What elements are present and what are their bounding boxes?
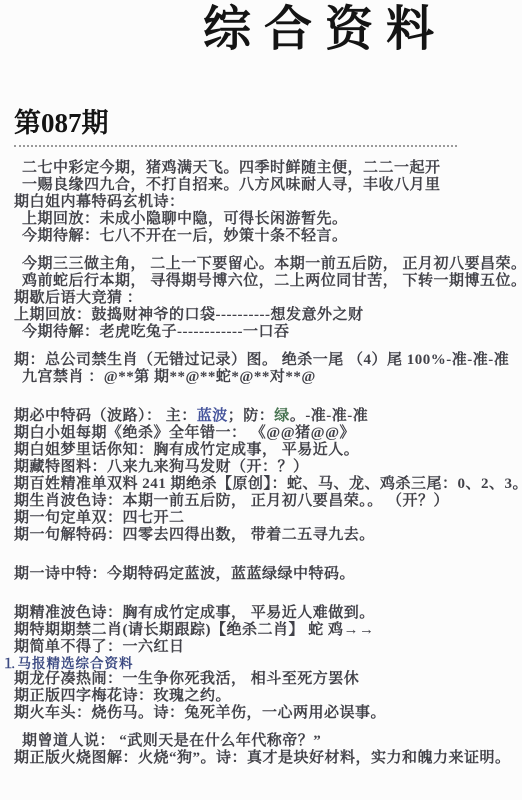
blank-line	[14, 555, 522, 566]
page-title: 综合资料	[203, 4, 522, 57]
text-line: 期一句定单双：四七开二	[14, 510, 522, 527]
text-line: 鸡前蛇后行本期， 寻得期号博六位，二上两位同甘苦， 下转一期博五位。	[14, 273, 522, 290]
blank-line	[14, 594, 522, 605]
text-line: 期一诗中特：今期特码定蓝波，蓝蓝绿绿中特码。	[14, 566, 522, 583]
text-line: 期曾道人说： “武则天是在什么年代称帝？”	[14, 733, 522, 750]
text-line: 期白小姐每期《绝杀》全年错一： 《@@猪@@》	[14, 425, 522, 442]
line-part: ；防：	[228, 408, 275, 424]
text-line: 期：总公司禁生肖（无错过记录）图。 绝杀一尾 （4）尾 100%-准-准-准	[14, 352, 522, 369]
text-line: 二七中彩定今期，猪鸡满天飞。四季时鲜随主便，二二一起开	[14, 160, 522, 177]
text-line: 一赐良缘四九合，不打自招来。八方风味耐人寻，丰收八月里	[14, 177, 522, 194]
content-lines: 二七中彩定今期，猪鸡满天飞。四季时鲜随主便，二二一起开一赐良缘四九合，不打自招来…	[14, 160, 522, 767]
text-line: 上期回放：未成小隐聊中隐，可得长闲游暂先。	[14, 211, 522, 228]
document-page: 综合资料 第087期 二七中彩定今期，猪鸡满天飞。四季时鲜随主便，二二一起开一赐…	[0, 0, 522, 800]
text-line: 期白姐内幕特码玄机诗：	[14, 194, 522, 211]
text-line: 期正版四字梅花诗：玫瑰之约。	[14, 688, 522, 705]
blank-line	[14, 386, 522, 397]
separator-line	[14, 143, 457, 147]
text-line: 期特期期禁二肖(请长期跟踪)【绝杀二肖】 蛇 鸡→→	[14, 622, 522, 639]
text-line: 期白姐梦里话你知：胸有成竹定成事， 平易近人。	[14, 442, 522, 459]
text-line: 期藏特图料：八来九来狗马发财（开：？）	[14, 459, 522, 476]
text-line: 期百姓精准单双料 241 期绝杀【原创】：蛇、马、龙、鸡杀三尾：0、2、3。	[14, 476, 522, 493]
text-line: 期必中特码（波路）： 主：蓝波；防：绿。-准-准-准	[14, 408, 522, 425]
text-line: 上期回放：鼓捣财神爷的口袋----------想发意外之财	[14, 307, 522, 324]
text-line: 今期待解：七八不开在一后，妙策十条不轻言。	[14, 228, 522, 245]
blank-line	[14, 583, 522, 594]
blank-line	[14, 722, 522, 733]
blank-line	[14, 397, 522, 408]
text-line: 今期三三做主角， 二上一下要留心。本期一前五后防， 正月初八要昌荣。	[14, 256, 522, 273]
blank-line	[14, 245, 522, 256]
text-line: 期正版火烧图解：火烧“狗”。诗：真才是块好材料，实力和魄力来证明。	[14, 750, 522, 767]
blank-line	[14, 544, 522, 555]
line-part: 蓝波	[197, 408, 228, 424]
text-line: 期火车头：烧伤马。诗：兔死羊伤，一心两用必误事。	[14, 705, 522, 722]
text-line: 期龙仔凑热闹：一生争你死我活， 相斗至死方罢休	[14, 671, 522, 688]
text-line: 九宫禁肖 ：@**第 期**@**蛇*@**对**@	[14, 369, 522, 386]
text-line: 期歇后语大竞猜 ：	[14, 290, 522, 307]
blank-line	[14, 341, 522, 352]
text-line: ⒈马报精选综合资料	[3, 656, 522, 671]
line-part: 绿	[274, 408, 290, 424]
text-line: 期简单不得了：一六红日	[14, 639, 522, 656]
line-part: 期必中特码（波路）： 主：	[14, 408, 197, 424]
text-line: 期精准波色诗：胸有成竹定成事， 平易近人难做到。	[14, 605, 522, 622]
issue-number: 第087期	[14, 109, 522, 139]
text-line: 期生肖波色诗：本期一前五后防， 正月初八要昌荣。。 （开？）	[14, 493, 522, 510]
text-line: 今期待解：老虎吃兔子------------一口吞	[14, 324, 522, 341]
text-line: 期一句解特码：四零去四得出数， 带着二五寻九去。	[14, 527, 522, 544]
line-part: 。-准-准-准	[290, 408, 369, 424]
